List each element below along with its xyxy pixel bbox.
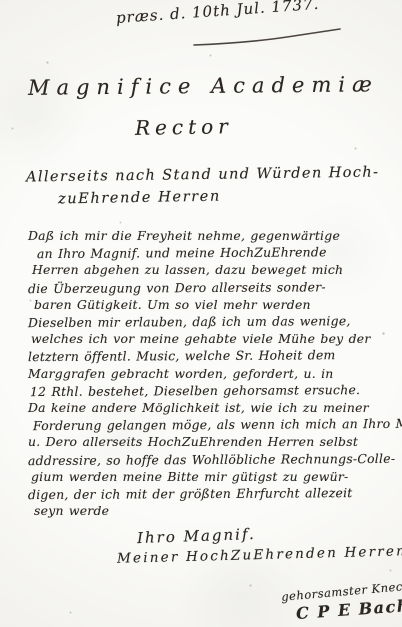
letter-heading-line2: Rector [135,114,233,140]
letter-heading-line1: Magnifice Academiæ [28,72,378,100]
body-line: welches ich vor meine gehabte viele Mühe… [31,330,388,347]
body-line: baren Gütigkeit. Um so viel mehr werden [34,296,388,313]
closing-line1: Ihro Magnif. [137,525,256,547]
body-line: die Überzeugung von Dero allerseits sond… [28,278,388,297]
paper-speckles [0,0,1,1]
body-line: seyn werde [34,502,388,519]
body-line: u. Dero allerseits HochZuEhrenden Herren… [28,433,388,450]
letter-body: Daß ich mir die Freyheit nehme, gegenwär… [28,227,388,519]
salutation-line2: zuEhrende Herren [58,189,221,208]
body-line: digen, der ich mit der größten Ehrfurcht… [28,484,388,503]
salutation-line1: Allerseits nach Stand und Würden Hoch- [26,165,380,186]
body-line: letztern öffentl. Music, welche Sr. Hohe… [28,346,388,365]
body-line: Da keine andere Möglichkeit ist, wie ich… [28,399,388,416]
closing-line2: Meiner HochZuEhrenden Herren [117,543,402,567]
body-line: an Ihro Magnif. und meine HochZuEhrende [37,243,388,262]
body-line: addressire, so hoffe das Wohllöbliche Re… [28,450,388,469]
body-line: Forderung gelangen möge, als wenn ich mi… [33,415,388,434]
body-line: Herren abgehen zu lassen, dazu beweget m… [32,261,388,278]
body-line: 12 Rthl. bestehet, Dieselben gehorsamst … [30,381,388,400]
letter-page: præs. d. 10th Jul. 1737. Magnifice Acade… [0,0,402,627]
date-underline-flourish [192,26,342,48]
body-line: Marggrafen gebracht worden, gefordert, u… [28,365,388,382]
body-line: gium werden meine Bitte mir gütigst zu g… [31,468,388,485]
body-line: Dieselben mir erlauben, daß ich um das w… [28,312,388,331]
body-line: Daß ich mir die Freyheit nehme, gegenwär… [28,227,388,244]
date-annotation: præs. d. 10th Jul. 1737. [115,0,320,27]
